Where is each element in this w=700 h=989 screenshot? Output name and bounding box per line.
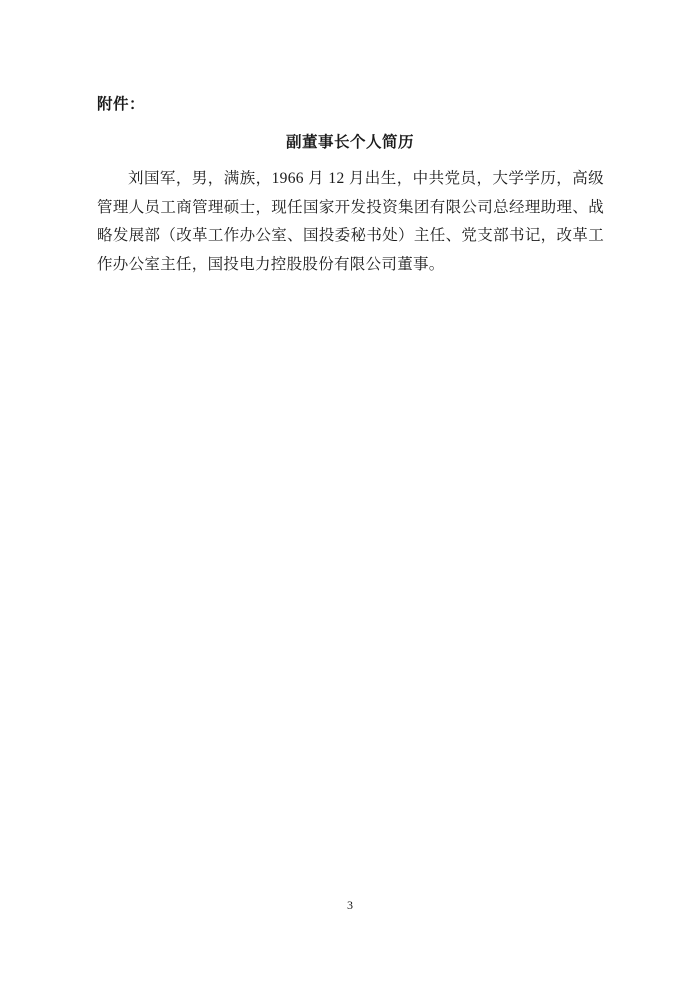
document-page: 附件： 副董事长个人简历 刘国军，男，满族，1966 月 12 月出生，中共党员… xyxy=(0,0,700,989)
page-number: 3 xyxy=(0,898,700,913)
attachment-label: 附件： xyxy=(97,92,145,114)
document-title: 副董事长个人简历 xyxy=(0,130,700,152)
resume-paragraph: 刘国军，男，满族，1966 月 12 月出生，中共党员，大学学历，高级管理人员工… xyxy=(97,165,604,279)
